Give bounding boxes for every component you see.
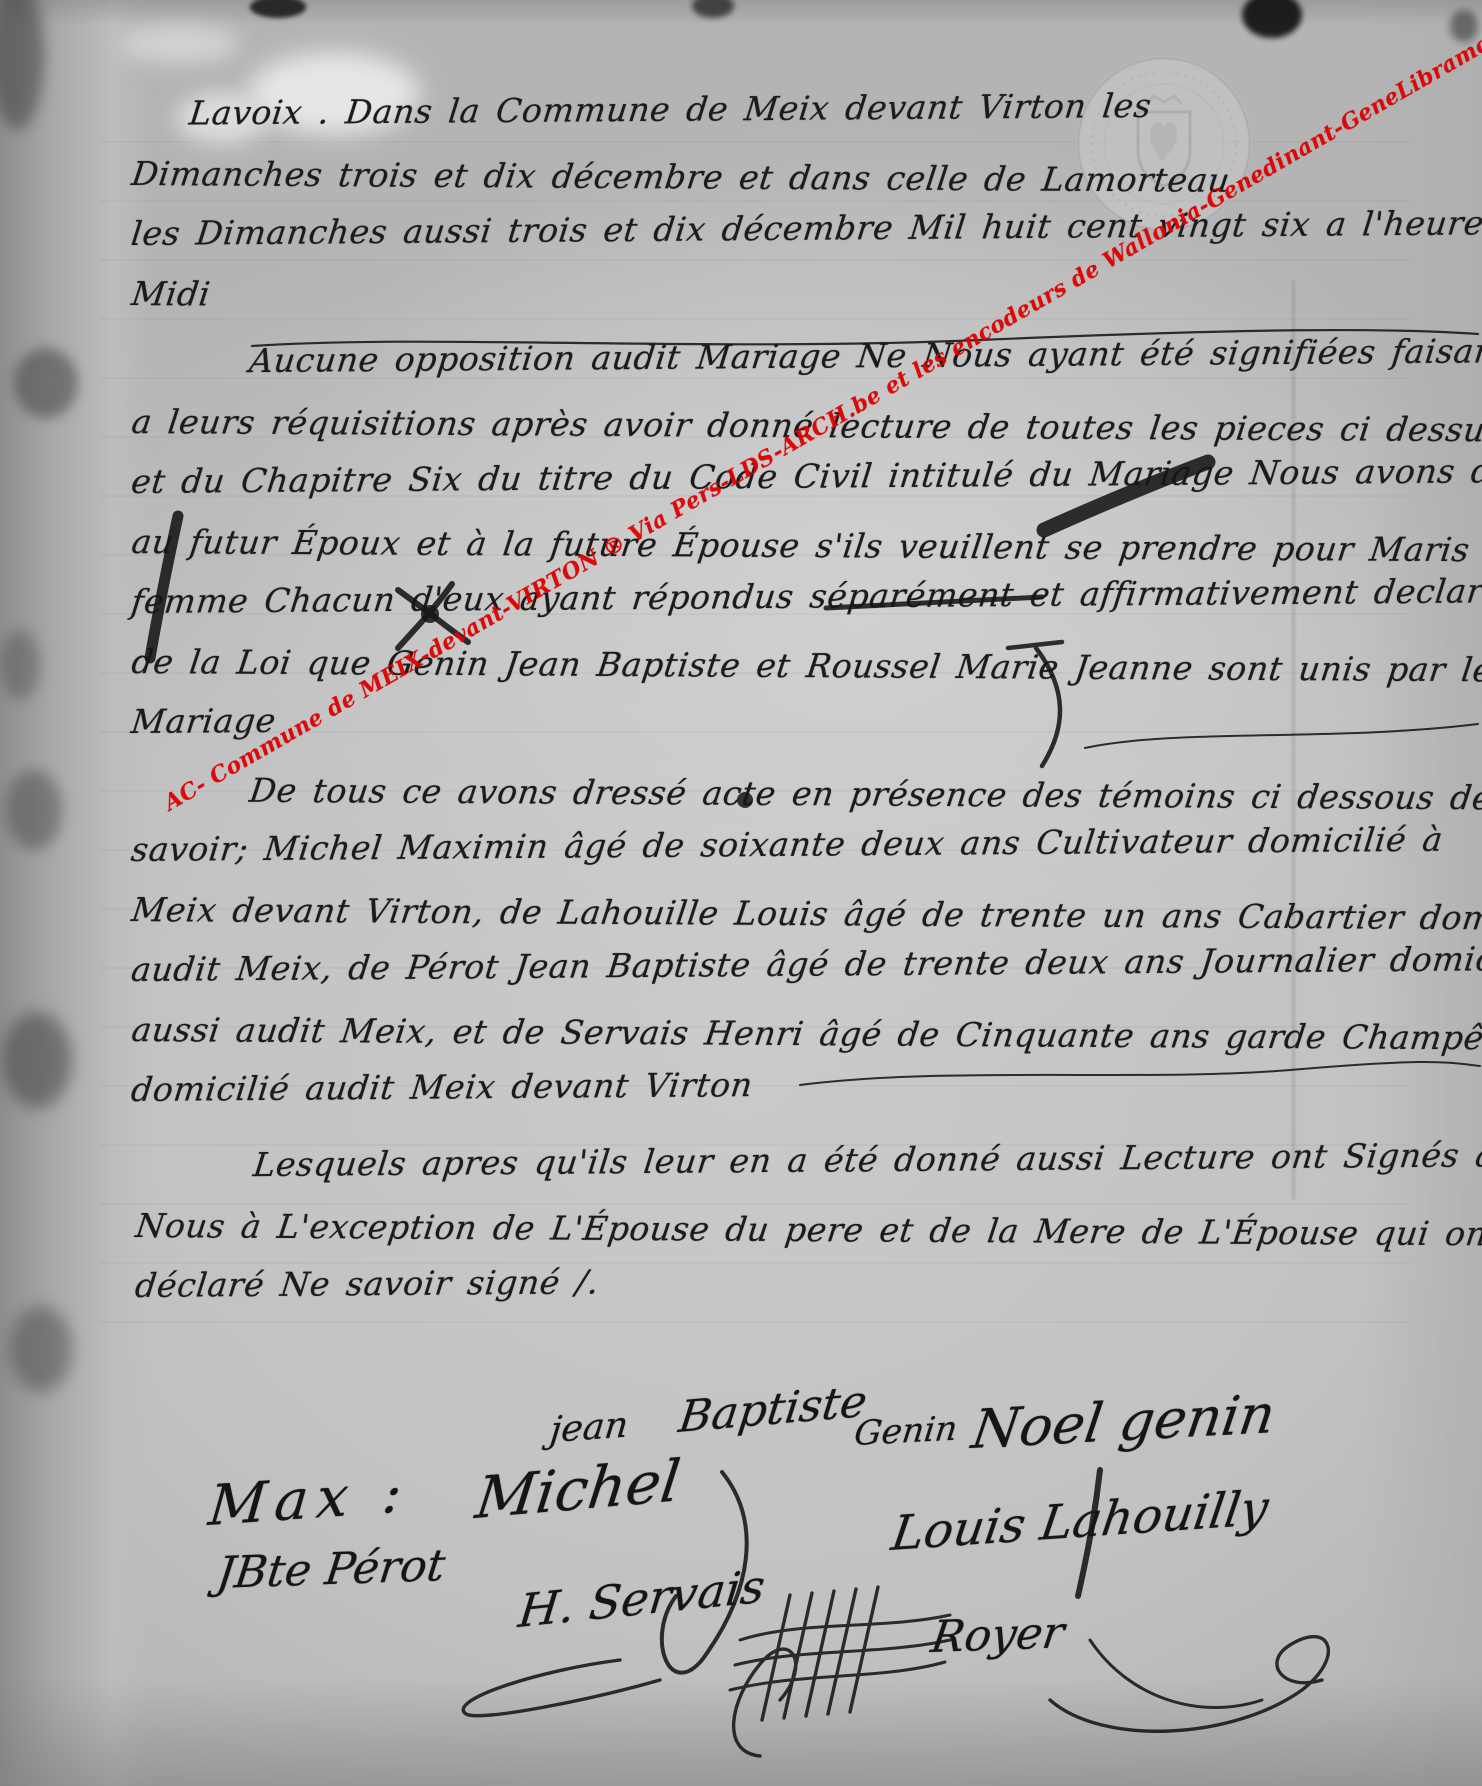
text-line: Lavoix . Dans la Commune de Meix devant … <box>128 73 1482 144</box>
paragraph-signature-clause: Lesquels apres qu'ils leur en a été donn… <box>132 1136 1482 1316</box>
bleedthrough-ghost <box>6 770 62 850</box>
signature-max: Max : <box>206 1460 412 1539</box>
signature-jbte-perot: JBte Pérot <box>214 1540 448 1599</box>
bleedthrough-ghost <box>14 348 78 418</box>
signature-michel: Michel <box>472 1447 684 1532</box>
signature-noel-genin: Noel genin <box>968 1382 1279 1461</box>
page-top-shadow <box>0 0 1482 26</box>
signature-jean: jean <box>548 1405 630 1451</box>
text-line: Lesquels apres qu'ils leur en a été donn… <box>132 1125 1482 1196</box>
paragraph-publications: Lavoix . Dans la Commune de Meix devant … <box>128 84 1482 324</box>
page-bottom-shadow <box>0 1676 1482 1786</box>
signature-genin: Genin <box>852 1409 960 1454</box>
bleedthrough-ghost <box>0 630 40 700</box>
text-line: déclaré Ne savoir signé /. <box>132 1245 1482 1316</box>
text-line: savoir; Michel Maximin âgé de soixante d… <box>128 808 1482 880</box>
paragraph-witnesses: De tous ce avons dressé acte en présence… <box>128 760 1482 1120</box>
text-line: les Dimanches aussi trois et dix décembr… <box>128 193 1482 264</box>
paper-gloss-patch <box>120 24 240 64</box>
signature-royer: Royer <box>928 1607 1067 1663</box>
text-line: Aucune opposition audit Mariage Ne Nous … <box>128 319 1482 392</box>
text-line: domicilié audit Meix devant Virton <box>128 1048 1482 1120</box>
bleedthrough-ghost <box>2 1012 72 1108</box>
signature-h-servais: H. Servais <box>516 1559 768 1638</box>
signature-louis-lahouilly: Louis Lahouilly <box>888 1480 1272 1562</box>
scanned-document-page: Lavoix . Dans la Commune de Meix devant … <box>0 0 1482 1786</box>
bleedthrough-ghost <box>10 1306 72 1392</box>
paragraph-declaration: Aucune opposition audit Mariage Ne Nous … <box>128 332 1482 752</box>
text-line: femme Chacun d'eux ayant répondus séparé… <box>128 559 1482 632</box>
signature-baptiste: Baptiste <box>676 1376 870 1443</box>
text-line: audit Meix, de Pérot Jean Baptiste âgé d… <box>128 928 1482 1000</box>
